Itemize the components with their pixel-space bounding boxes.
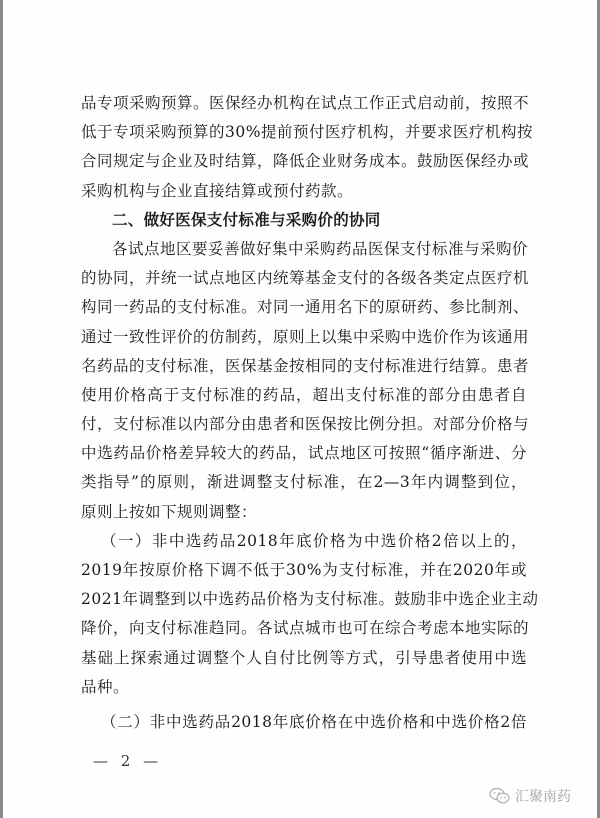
- watermark: 汇聚南药: [489, 786, 571, 806]
- text-line: 类指导”的原则，渐进调整支付标准，在2—3年内调整到位，: [81, 468, 527, 497]
- text-line: 品专项采购预算。医保经办机构在试点工作正式启动前，按照不: [81, 89, 527, 118]
- text-line: 基础上探索通过调整个人自付比例等方式，引导患者使用中选: [81, 644, 527, 673]
- text-line: 合同规定与企业及时结算，降低企业财务成本。鼓励医保经办或: [81, 147, 527, 176]
- list-item-2-text: （二）非中选药品2018年底价格在中选价格和中选价格2倍: [81, 708, 527, 737]
- document-page: 品专项采购预算。医保经办机构在试点工作正式启动前，按照不 低于专项采购预算的30…: [0, 0, 600, 818]
- text-line: 原则上按如下规则调整：: [81, 498, 527, 527]
- wechat-icon: [489, 787, 511, 805]
- text-line: 2021年调整到以中选药品价格为支付标准。鼓励非中选企业主动: [81, 585, 527, 614]
- section-heading: 二、做好医保支付标准与采购价的协同: [81, 206, 527, 235]
- document-body: 品专项采购预算。医保经办机构在试点工作正式启动前，按照不 低于专项采购预算的30…: [81, 89, 527, 737]
- text-line: 构同一药品的支付标准。对同一通用名下的原研药、参比制剂、: [81, 293, 527, 322]
- text-line: 降价，向支付标准趋同。各试点城市也可在综合考虑本地实际的: [81, 614, 527, 643]
- text-line: 通过一致性评价的仿制药，原则上以集中采购中选价作为该通用: [81, 323, 527, 352]
- list-item-1-text: （一）非中选药品2018年底价格为中选价格2倍以上的，: [81, 527, 527, 556]
- text-line: 使用价格高于支付标准的药品，超出支付标准的部分由患者自: [81, 381, 527, 410]
- text-line: 采购机构与企业直接结算或预付药款。: [81, 177, 527, 206]
- text-line: 低于专项采购预算的30%提前预付医疗机构，并要求医疗机构按: [81, 118, 527, 147]
- text-line: 名药品的支付标准，医保基金按相同的支付标准进行结算。患者: [81, 352, 527, 381]
- text-line: 2019年按原价格下调不低于30%为支付标准，并在2020年或: [81, 556, 527, 585]
- text-line: 付，支付标准以内部分由患者和医保按比例分担。对部分价格与: [81, 410, 527, 439]
- watermark-text: 汇聚南药: [515, 786, 571, 806]
- text-line: 中选药品价格差异较大的药品，试点地区可按照“循序渐进、分: [81, 439, 527, 468]
- text-line: 的协同，并统一试点地区内统筹基金支付的各级各类定点医疗机: [81, 264, 527, 293]
- text-line: 品种。: [81, 673, 527, 702]
- page-number: — 2 —: [93, 752, 162, 770]
- text-line: 各试点地区要妥善做好集中采购药品医保支付标准与采购价: [81, 235, 527, 264]
